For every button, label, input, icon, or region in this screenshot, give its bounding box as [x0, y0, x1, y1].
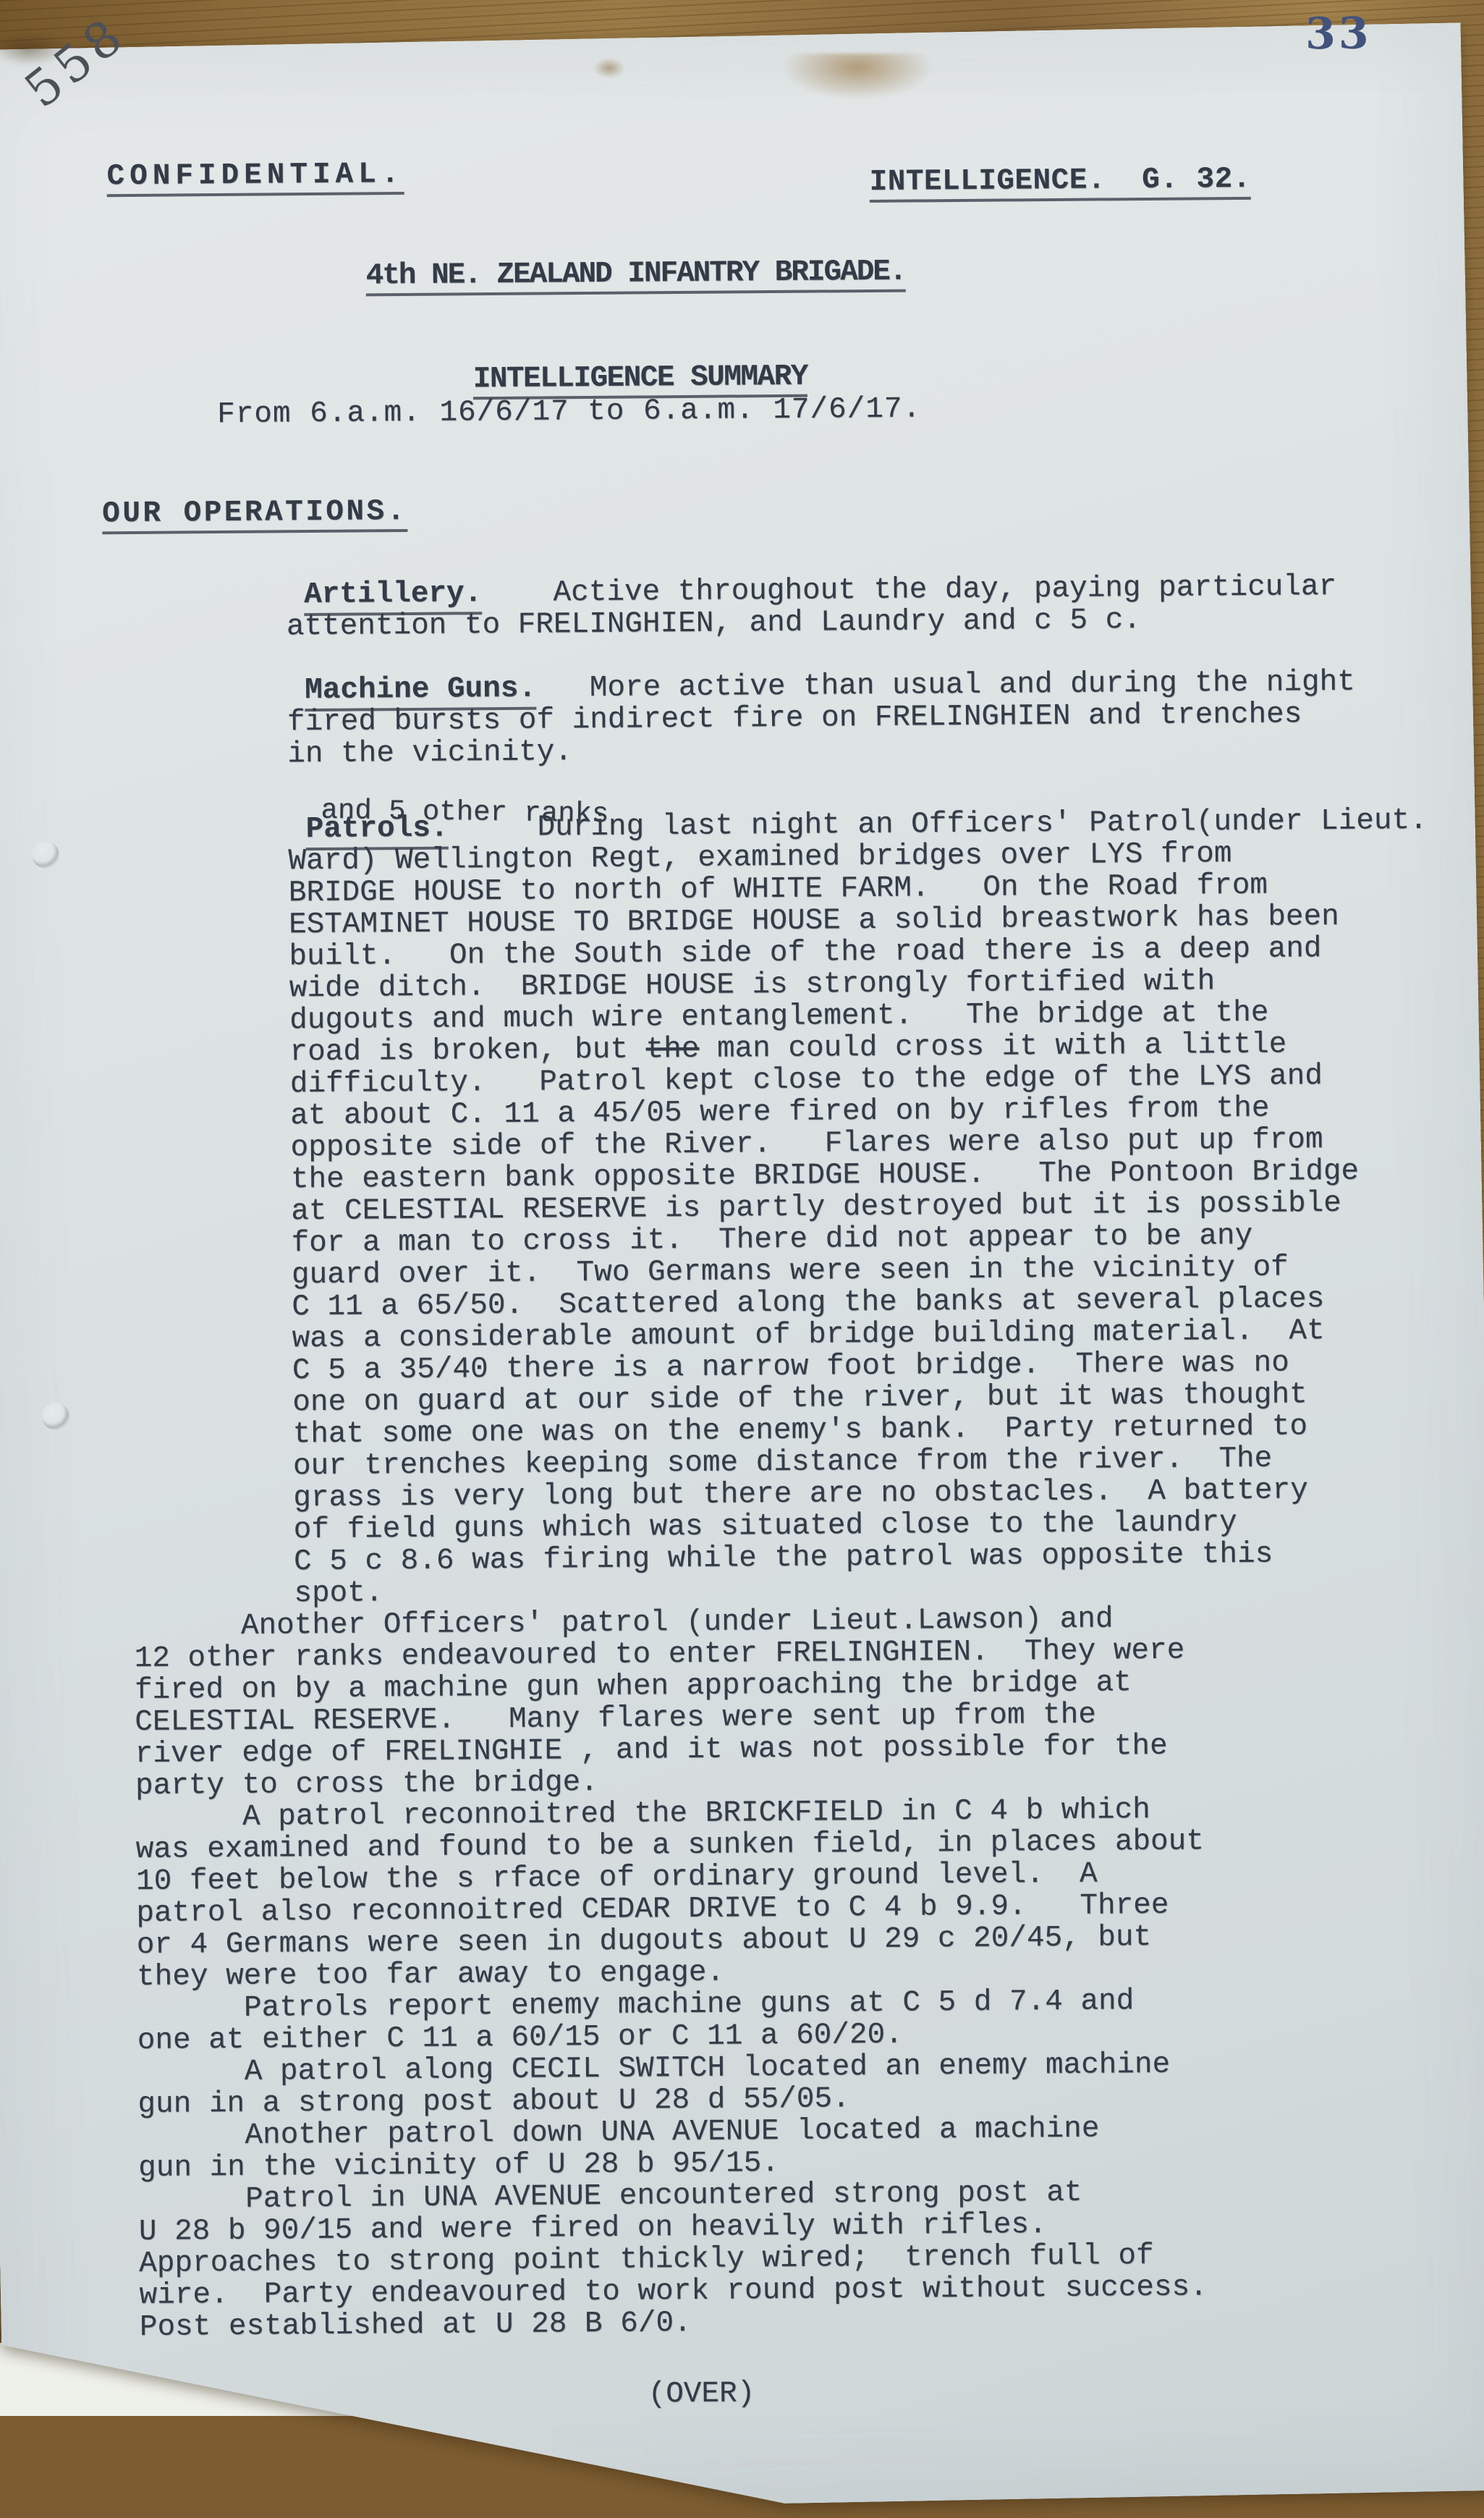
paragraph-patrols: Patrols. During last night an Officers' …	[127, 773, 1439, 2375]
document-content: 558 33 CONFIDENTIAL. INTELLIGENCE. G. 32…	[0, 0, 1484, 2416]
typed-insertion-note: and 5 other ranks	[321, 795, 609, 830]
date-range-line: From 6.a.m. 16/6/17 to 6.a.m. 17/6/17.	[217, 393, 921, 431]
archive-number-handwritten: 558	[22, 16, 130, 110]
struck-out-word: the	[645, 1033, 699, 1067]
section-heading-our-operations: OUR OPERATIONS.	[102, 496, 407, 534]
indent-spacer	[198, 698, 305, 698]
classification-heading: CONFIDENTIAL.	[106, 159, 404, 197]
doc-reference: INTELLIGENCE. G. 32.	[869, 164, 1251, 203]
indent-spacer	[199, 837, 306, 837]
over-footer: (OVER)	[648, 2378, 755, 2410]
indent-spacer	[198, 602, 305, 603]
page-number: 33	[1305, 18, 1372, 51]
brigade-title: 4th NE. ZEALAND INFANTRY BRIGADE.	[365, 256, 905, 297]
patrols-body-part-2: man could cross it with a little difficu…	[130, 1028, 1359, 2344]
